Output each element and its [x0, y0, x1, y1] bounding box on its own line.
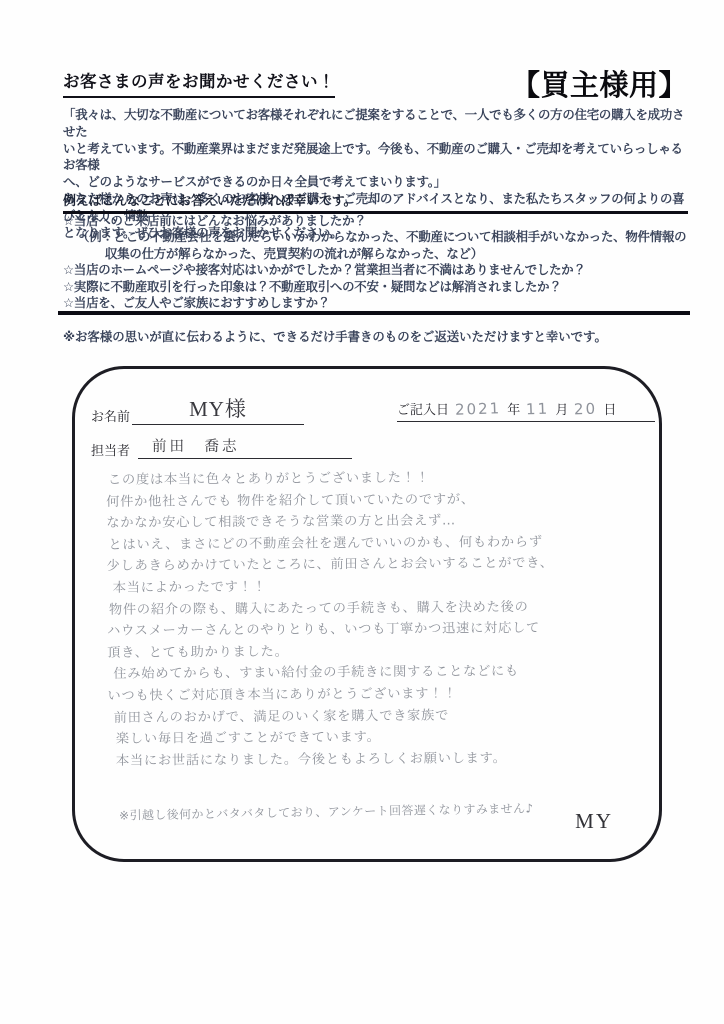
question-line: ☆実際に不動産取引を行った印象は？不動産取引への不安・疑問などは解消されましたか…	[63, 279, 688, 295]
name-field: お名前 MY様	[91, 393, 304, 425]
response-box: お名前 MY様 ご記入日 2021 年 11 月 20 日 担当者 前田 喬志 …	[72, 366, 662, 862]
postscript-note: ※引越し後何かとバタバタしており、アンケート回答遅くなりすみません♪	[119, 799, 534, 823]
page-title: お客さまの声をお聞かせください！	[63, 72, 335, 98]
scanned-questionnaire-sheet: お客さまの声をお聞かせください！ 【買主様用】 「我々は、大切な不動産についてお…	[0, 0, 724, 1024]
date-month-value: 11	[526, 400, 550, 419]
question-line: ☆当店を、ご友人やご家族におすすめしますか？	[63, 295, 688, 311]
intro-line: へ、どのようなサービスができるのか日々全員で考えてまいります。」	[63, 174, 688, 191]
audience-label: 【買主様用】	[511, 72, 688, 101]
date-year-value: 2021	[455, 399, 502, 419]
question-line: ☆当店へのご来店前にはどんなお悩みがありましたか？	[63, 213, 688, 229]
date-day-value: 20	[574, 400, 598, 419]
handwriting-request-note: ※お客様の思いが直に伝わるように、できるだけ手書きのものをご返送いただけますと幸…	[63, 327, 688, 345]
day-suffix: 日	[603, 399, 616, 418]
handwritten-message: この度は本当に色々とありがとうございました！！何件か他社さんでも 物件を紹介して…	[106, 466, 643, 772]
staff-value: 前田 喬志	[152, 439, 240, 455]
year-suffix: 年	[507, 399, 520, 418]
question-line: ☆当店のホームページや接客対応はいかがでしたか？営業担当者に不満はありませんでし…	[63, 262, 688, 278]
prompt-heading: 例えばこんなことにお答えいただければ幸いです。	[63, 190, 688, 214]
question-line: （例：どこの不動産会社を選んだらいいかわからなかった、不動産について相談相手がい…	[63, 229, 688, 245]
question-list: ☆当店へのご来店前にはどんなお悩みがありましたか？（例：どこの不動産会社を選んだ…	[63, 213, 688, 311]
name-value: MY様	[189, 397, 247, 421]
intro-line: 「我々は、大切な不動産についてお客様それぞれにご提案をすることで、一人でも多くの…	[63, 107, 688, 141]
staff-field: 担当者 前田 喬志	[91, 435, 352, 459]
staff-label: 担当者	[91, 440, 130, 459]
name-label: お名前	[91, 406, 130, 425]
section-divider	[58, 311, 690, 315]
intro-line: いと考えています。不動産業界はまだまだ発展途上です。今後も、不動産のご購入・ご売…	[63, 141, 688, 175]
question-line: 収集の仕方が解らなかった、売買契約の流れが解らなかった、など）	[63, 246, 688, 262]
month-suffix: 月	[555, 399, 568, 418]
name-underline: MY様	[132, 393, 304, 425]
message-line: 本当にお世話になりました。今後ともよろしくお願いします。	[108, 747, 643, 772]
header: お客さまの声をお聞かせください！ 【買主様用】	[63, 72, 688, 101]
date-label: ご記入日	[397, 399, 449, 418]
signature-initials: MY	[575, 809, 613, 834]
staff-underline: 前田 喬志	[138, 435, 352, 459]
date-field: ご記入日 2021 年 11 月 20 日	[397, 399, 655, 422]
